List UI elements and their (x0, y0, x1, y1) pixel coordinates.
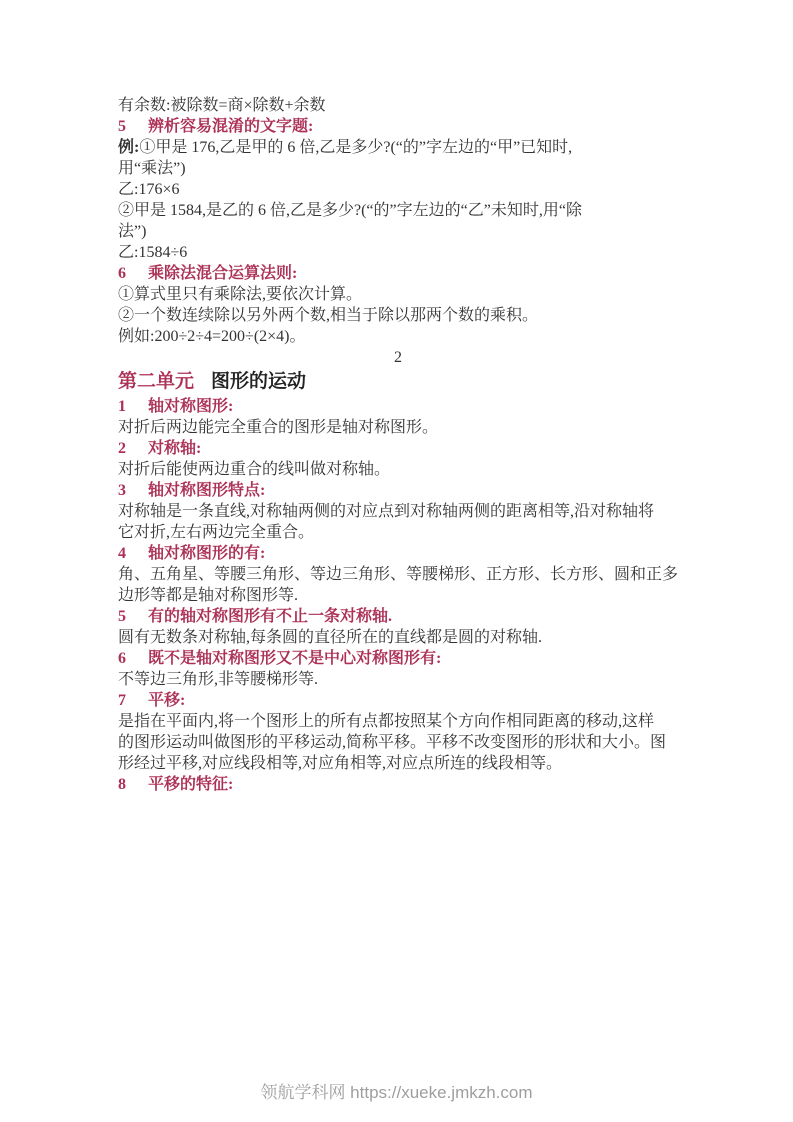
document-content: 有余数:被除数=商×除数+余数 5辨析容易混淆的文字题: 例:①甲是 176,乙… (118, 95, 678, 795)
section-3-line-2: 它对折,左右两边完全重合。 (118, 522, 678, 543)
section-title: 有的轴对称图形有不止一条对称轴. (148, 608, 392, 625)
remainder-formula-line: 有余数:被除数=商×除数+余数 (118, 95, 678, 116)
section-5-line: 圆有无数条对称轴,每条圆的直径所在的直线都是圆的对称轴. (118, 627, 678, 648)
section-title: 平移: (148, 692, 185, 709)
section-title: 平移的特征: (148, 776, 233, 793)
section-7-line-1: 是指在平面内,将一个图形上的所有点都按照某个方向作相同距离的移动,这样 (118, 711, 678, 732)
section-3-line-1: 对称轴是一条直线,对称轴两侧的对应点到对称轴两侧的距离相等,沿对称轴将 (118, 501, 678, 522)
example-line-3: 乙:176×6 (118, 179, 678, 200)
section-heading-4: 4轴对称图形的有: (118, 543, 678, 564)
section-number: 6 (118, 263, 148, 284)
unit-2-name: 图形的运动 (211, 371, 306, 392)
example-line-6: 乙:1584÷6 (118, 242, 678, 263)
section-number: 5 (118, 116, 148, 137)
example-text: ①甲是 176,乙是甲的 6 倍,乙是多少?(“的”字左边的“甲”已知时, (139, 139, 572, 156)
rule-line-3: 例如:200÷2÷4=200÷(2×4)。 (118, 326, 678, 347)
section-number: 4 (118, 543, 148, 564)
section-number: 2 (118, 438, 148, 459)
section-4-line-1: 角、五角星、等腰三角形、等边三角形、等腰梯形、正方形、长方形、圆和正多 (118, 564, 678, 585)
document-page: 有余数:被除数=商×除数+余数 5辨析容易混淆的文字题: 例:①甲是 176,乙… (0, 0, 793, 1122)
section-number: 8 (118, 774, 148, 795)
section-number: 1 (118, 396, 148, 417)
section-heading-5: 5有的轴对称图形有不止一条对称轴. (118, 606, 678, 627)
site-watermark: 领航学科网 https://xueke.jmkzh.com (0, 1082, 793, 1104)
section-number: 6 (118, 648, 148, 669)
section-title: 轴对称图形的有: (148, 545, 265, 562)
section-7-line-3: 形经过平移,对应线段相等,对应角相等,对应点所连的线段相等。 (118, 753, 678, 774)
section-heading-1: 1轴对称图形: (118, 396, 678, 417)
example-line-1: 例:①甲是 176,乙是甲的 6 倍,乙是多少?(“的”字左边的“甲”已知时, (118, 137, 678, 158)
rule-line-1: ①算式里只有乘除法,要依次计算。 (118, 284, 678, 305)
section-1-line: 对折后两边能完全重合的图形是轴对称图形。 (118, 417, 678, 438)
example-line-2: 用“乘法”) (118, 158, 678, 179)
section-title: 轴对称图形: (148, 398, 233, 415)
section-number: 3 (118, 480, 148, 501)
unit-2-title: 第二单元图形的运动 (118, 368, 678, 396)
section-number: 7 (118, 690, 148, 711)
section-title: 乘除法混合运算法则: (148, 265, 297, 282)
example-line-5: 法”) (118, 221, 678, 242)
section-heading-6: 6既不是轴对称图形又不是中心对称图形有: (118, 648, 678, 669)
section-title: 辨析容易混淆的文字题: (148, 118, 313, 135)
example-line-4: ②甲是 1584,是乙的 6 倍,乙是多少?(“的”字左边的“乙”未知时,用“除 (118, 200, 678, 221)
rule-line-2: ②一个数连续除以另外两个数,相当于除以那两个数的乘积。 (118, 305, 678, 326)
section-heading-u1-5: 5辨析容易混淆的文字题: (118, 116, 678, 137)
section-6-line: 不等边三角形,非等腰梯形等. (118, 669, 678, 690)
section-title: 既不是轴对称图形又不是中心对称图形有: (148, 650, 441, 667)
section-heading-7: 7平移: (118, 690, 678, 711)
section-heading-2: 2对称轴: (118, 438, 678, 459)
section-7-line-2: 的图形运动叫做图形的平移运动,简称平移。平移不改变图形的形状和大小。图 (118, 732, 678, 753)
page-number: 2 (118, 347, 678, 368)
section-heading-u1-6: 6乘除法混合运算法则: (118, 263, 678, 284)
section-heading-8: 8平移的特征: (118, 774, 678, 795)
example-label: 例: (118, 139, 139, 156)
section-2-line: 对折后能使两边重合的线叫做对称轴。 (118, 459, 678, 480)
section-title: 轴对称图形特点: (148, 482, 265, 499)
section-number: 5 (118, 606, 148, 627)
section-heading-3: 3轴对称图形特点: (118, 480, 678, 501)
unit-2-label: 第二单元 (118, 371, 194, 392)
section-4-line-2: 边形等都是轴对称图形等. (118, 585, 678, 606)
section-title: 对称轴: (148, 440, 201, 457)
